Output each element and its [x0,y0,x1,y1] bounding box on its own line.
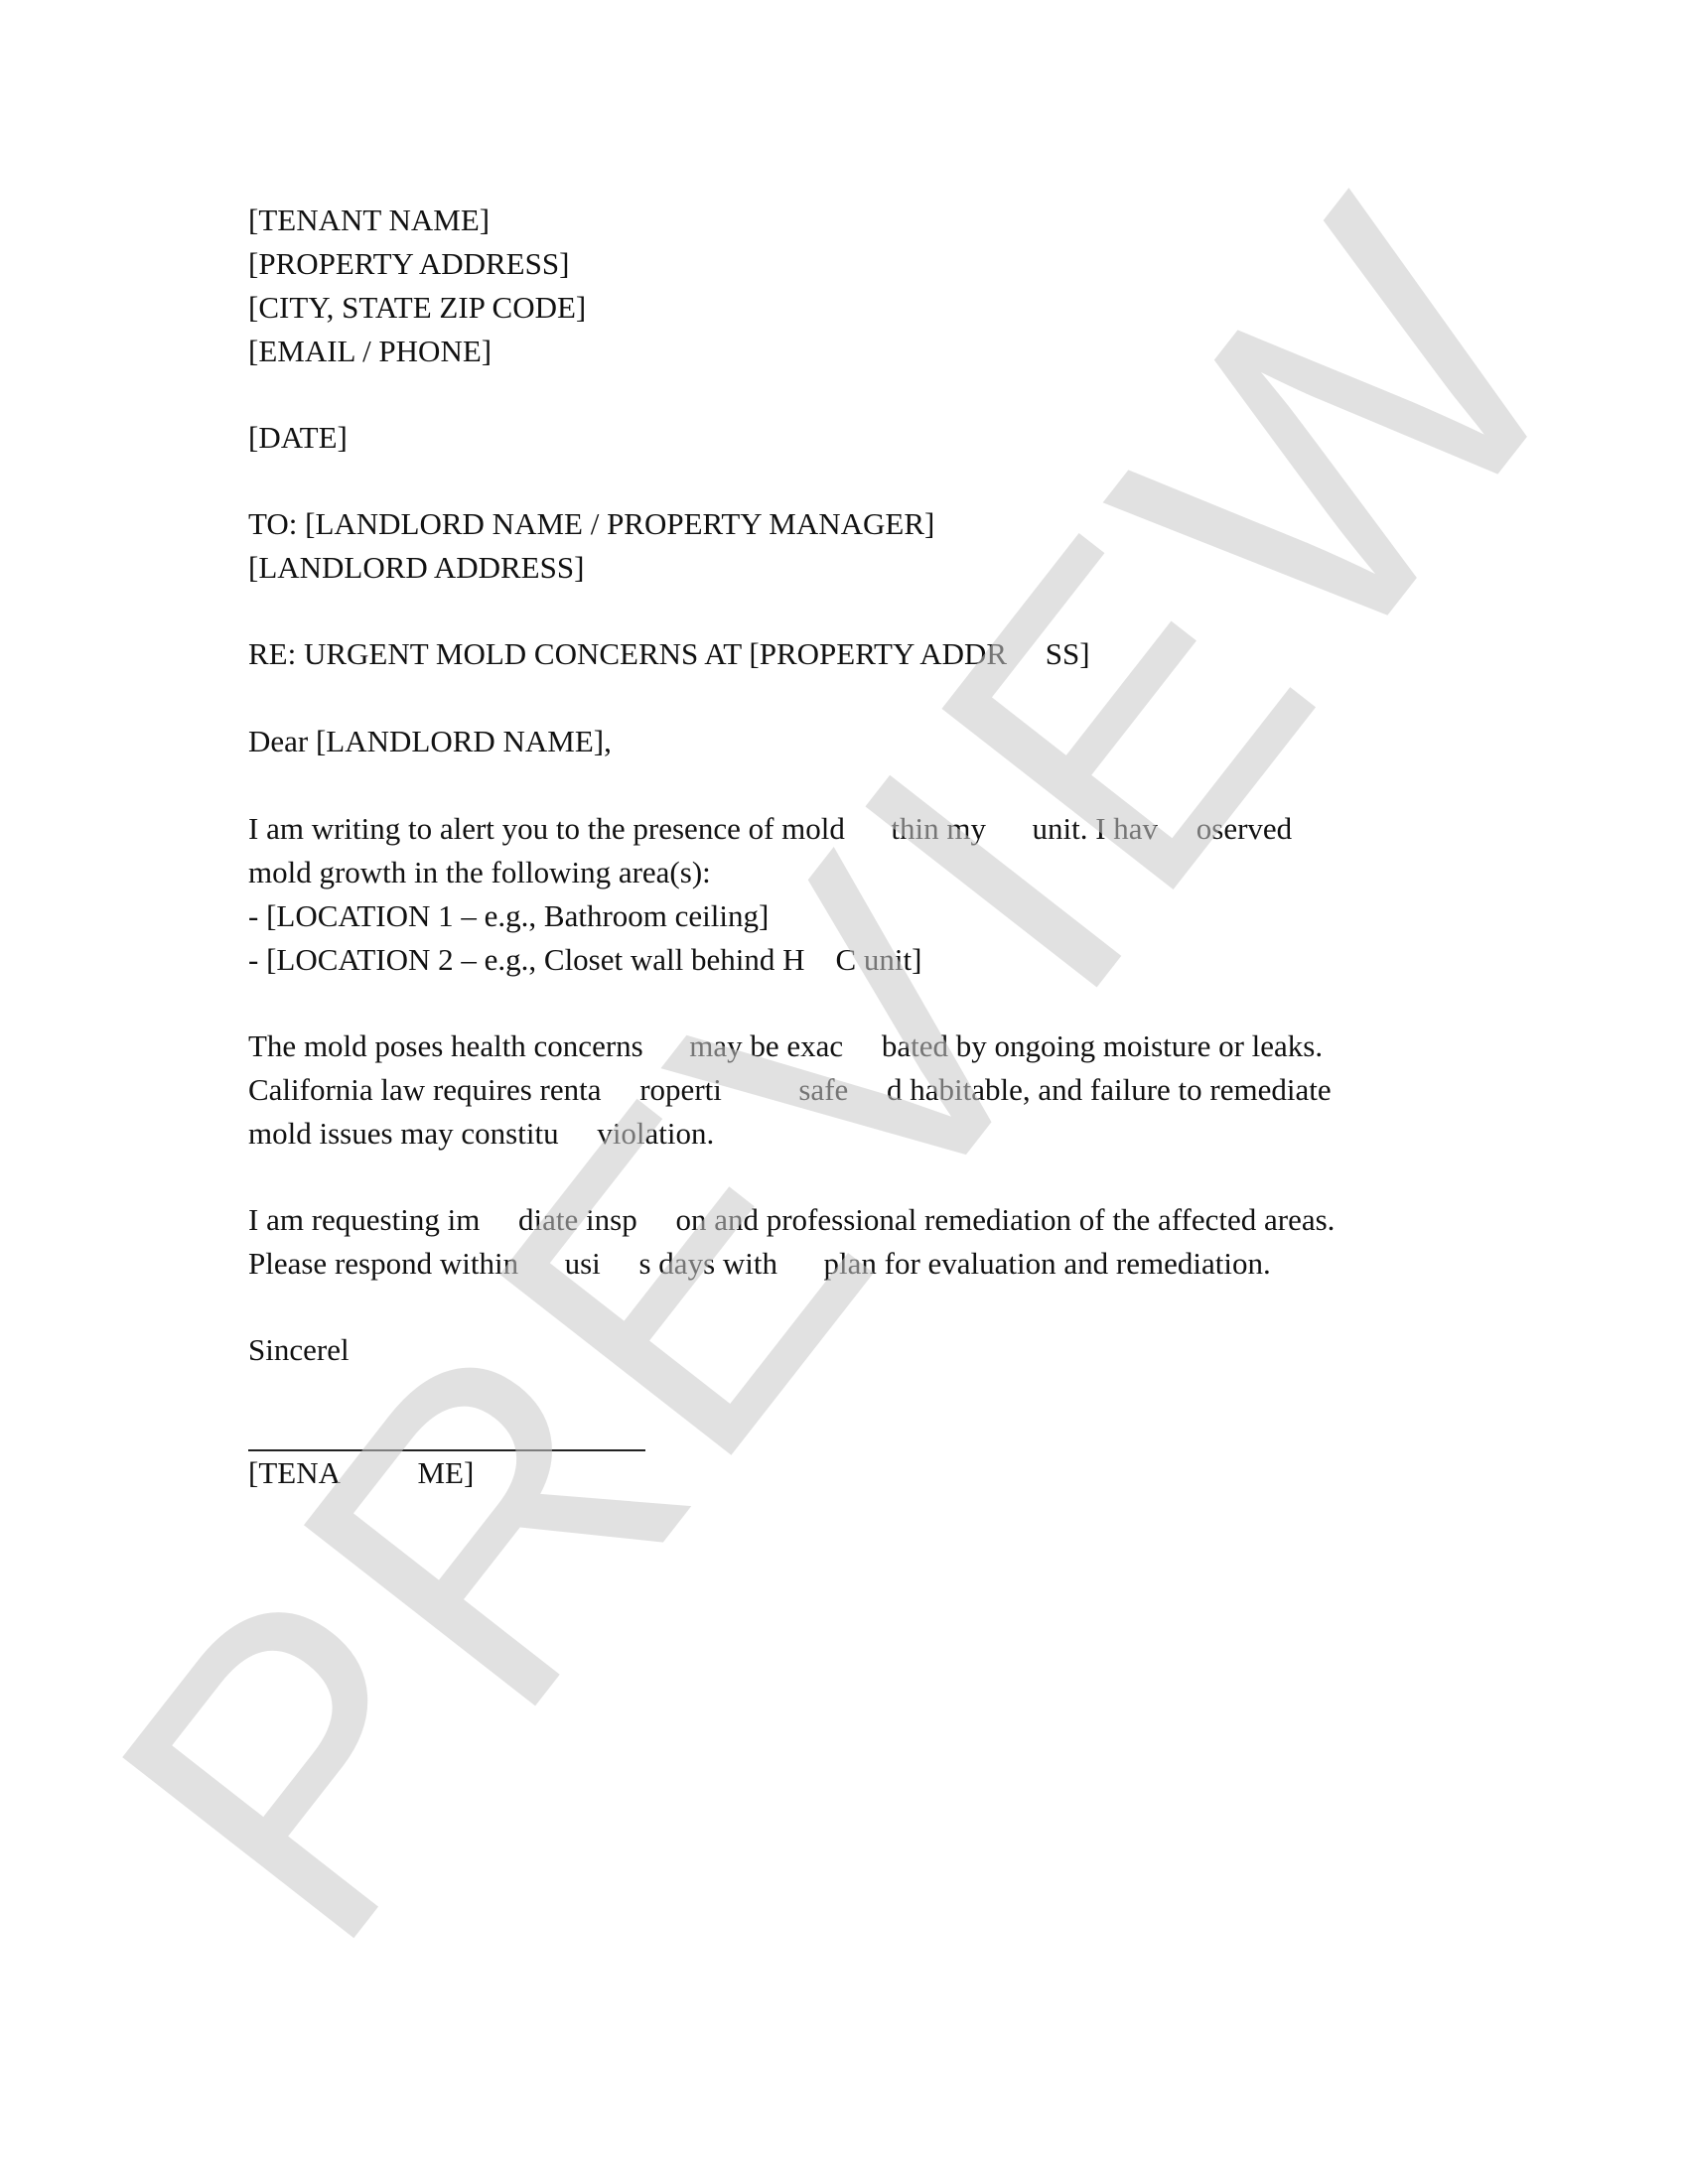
paragraph-line: I am requesting im diate insp on and pro… [248,1198,1335,1242]
date: [DATE] [248,416,348,460]
recipient-block: TO: [LANDLORD NAME / PROPERTY MANAGER] [… [248,502,934,590]
document-page: [TENANT NAME] [PROPERTY ADDRESS] [CITY, … [0,0,1688,2184]
sender-line: [PROPERTY ADDRESS] [248,242,586,286]
list-item: - [LOCATION 1 – e.g., Bathroom ceiling] [248,894,1292,938]
paragraph-line: The mold poses health concerns may be ex… [248,1024,1332,1068]
recipient-line: TO: [LANDLORD NAME / PROPERTY MANAGER] [248,502,934,546]
list-item: - [LOCATION 2 – e.g., Closet wall behind… [248,938,1292,982]
sender-line: [CITY, STATE ZIP CODE] [248,286,586,330]
paragraph-1: I am writing to alert you to the presenc… [248,807,1292,982]
recipient-line: [LANDLORD ADDRESS] [248,546,934,590]
closing: Sincerel [248,1328,380,1372]
paragraph-line: Please respond within usi s days with pl… [248,1242,1335,1286]
salutation: Dear [LANDLORD NAME], [248,720,612,763]
signature-name: [TENA ME] [248,1451,645,1495]
sender-line: [TENANT NAME] [248,199,586,242]
paragraph-line: mold issues may constitu violation. [248,1112,1332,1156]
paragraph-line: mold growth in the following area(s): [248,851,1292,894]
subject-line: RE: URGENT MOLD CONCERNS AT [PROPERTY AD… [248,632,1090,676]
paragraph-2: The mold poses health concerns may be ex… [248,1024,1332,1156]
sender-block: [TENANT NAME] [PROPERTY ADDRESS] [CITY, … [248,199,586,373]
paragraph-3: I am requesting im diate insp on and pro… [248,1198,1335,1286]
paragraph-line: I am writing to alert you to the presenc… [248,807,1292,851]
sender-line: [EMAIL / PHONE] [248,330,586,373]
paragraph-line: California law requires renta roperti sa… [248,1068,1332,1112]
